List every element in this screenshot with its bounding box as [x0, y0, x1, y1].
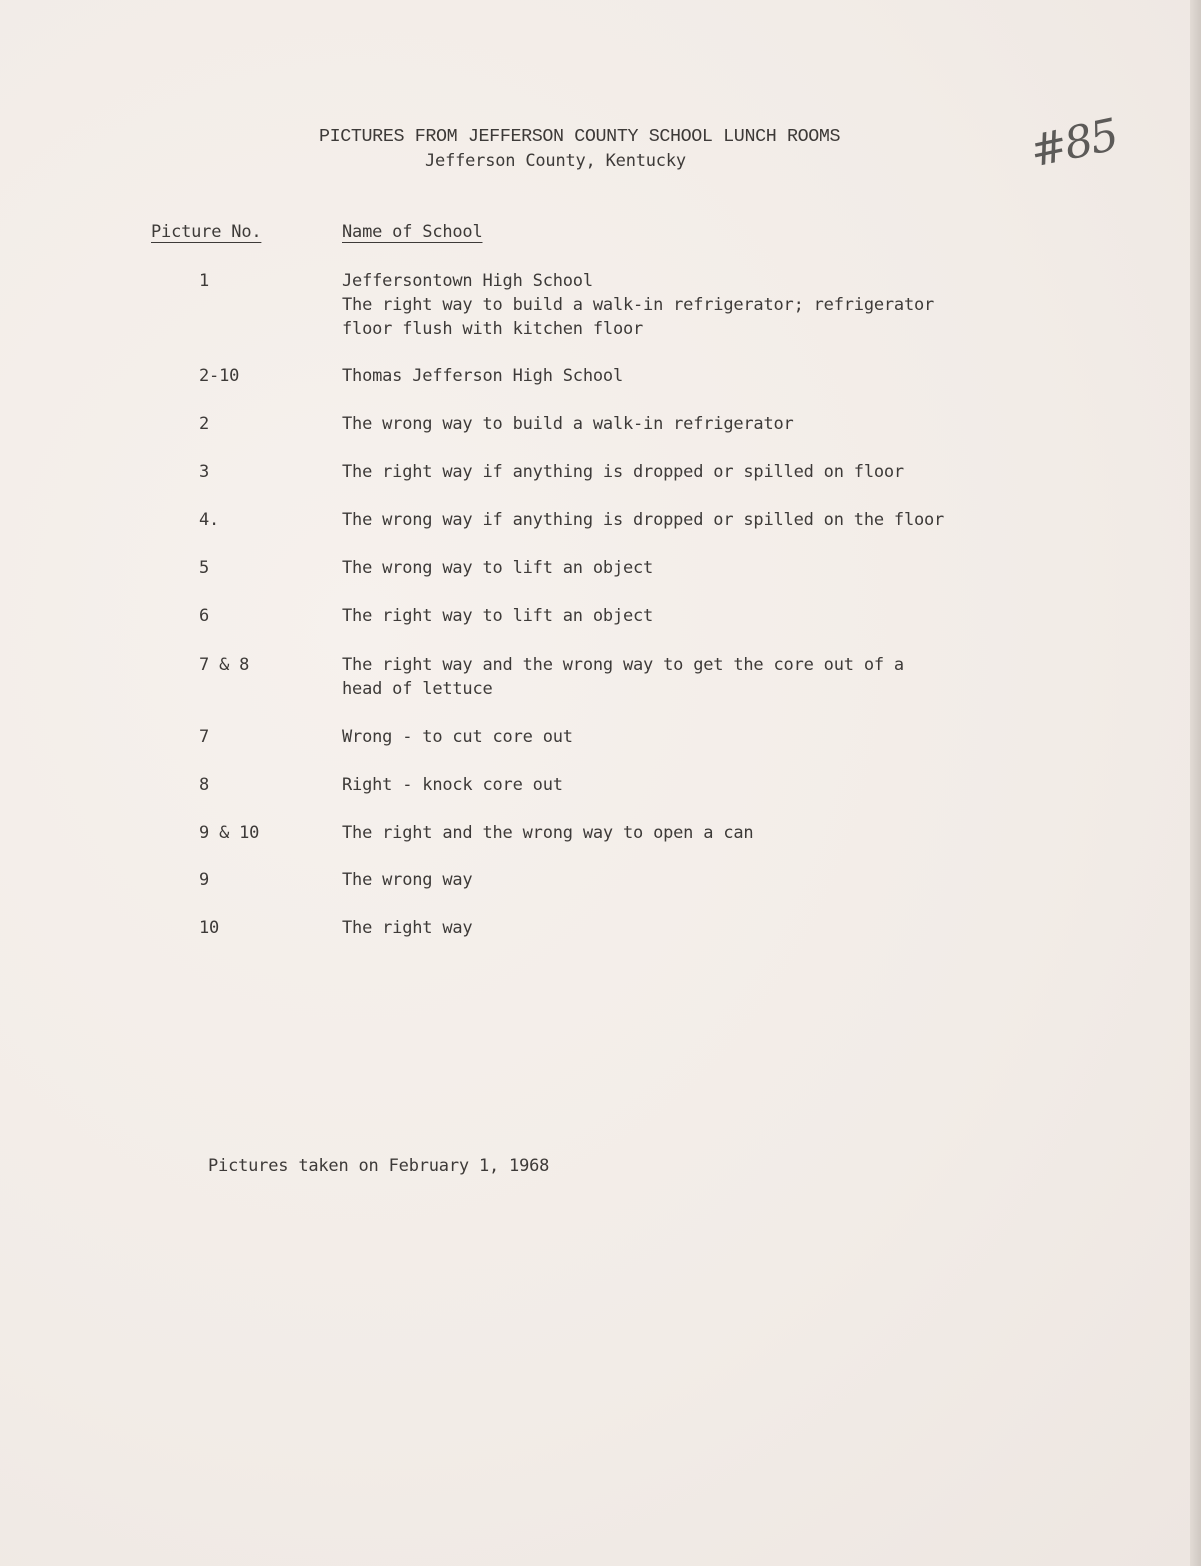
entry-line: The right way and the wrong way to get t…	[342, 653, 1102, 677]
picture-number: 6	[199, 604, 209, 628]
picture-number: 2-10	[199, 364, 239, 388]
entry-description: The right way and the wrong way to get t…	[342, 653, 1102, 701]
entry-line: The right way to build a walk-in refrige…	[342, 293, 1102, 317]
entry-description: Right - knock core out	[342, 773, 1102, 797]
entry-line: The wrong way to build a walk-in refrige…	[342, 412, 1102, 436]
picture-number: 3	[199, 460, 209, 484]
entry-line: The right way if anything is dropped or …	[342, 460, 1102, 484]
entry-description: The wrong way to lift an object	[342, 556, 1102, 580]
entry-description: The right and the wrong way to open a ca…	[342, 821, 1102, 845]
picture-number: 9	[199, 868, 209, 892]
entry-line: The right way to lift an object	[342, 604, 1102, 628]
entry-line: The wrong way if anything is dropped or …	[342, 508, 1102, 532]
entry-line: Jeffersontown High School	[342, 269, 1102, 293]
entry-line: head of lettuce	[342, 677, 1102, 701]
entry-line: The wrong way to lift an object	[342, 556, 1102, 580]
picture-number: 8	[199, 773, 209, 797]
column-header-name-of-school: Name of School	[342, 222, 483, 242]
entry-line: The right way	[342, 916, 1102, 940]
entry-line: Right - knock core out	[342, 773, 1102, 797]
picture-number: 4.	[199, 508, 219, 532]
document-title: PICTURES FROM JEFFERSON COUNTY SCHOOL LU…	[319, 126, 840, 147]
picture-number: 9 & 10	[199, 821, 259, 845]
document-footer: Pictures taken on February 1, 1968	[208, 1156, 549, 1176]
entry-description: The wrong way	[342, 868, 1102, 892]
column-header-picture-no: Picture No.	[151, 222, 261, 242]
picture-number: 7	[199, 725, 209, 749]
entry-description: The wrong way if anything is dropped or …	[342, 508, 1102, 532]
document-subtitle: Jefferson County, Kentucky	[425, 151, 686, 171]
entry-line: The wrong way	[342, 868, 1102, 892]
entry-description: The right way if anything is dropped or …	[342, 460, 1102, 484]
handwritten-annotation: #85	[1026, 110, 1122, 178]
entry-description: The wrong way to build a walk-in refrige…	[342, 412, 1102, 436]
entry-line: floor flush with kitchen floor	[342, 317, 1102, 341]
entry-line: The right and the wrong way to open a ca…	[342, 821, 1102, 845]
picture-number: 10	[199, 916, 219, 940]
document-page: PICTURES FROM JEFFERSON COUNTY SCHOOL LU…	[0, 0, 1190, 1566]
entry-line: Thomas Jefferson High School	[342, 364, 1102, 388]
picture-number: 5	[199, 556, 209, 580]
entry-description: The right way to lift an object	[342, 604, 1102, 628]
entry-line: Wrong - to cut core out	[342, 725, 1102, 749]
entry-description: Wrong - to cut core out	[342, 725, 1102, 749]
picture-number: 7 & 8	[199, 653, 249, 677]
entry-description: Thomas Jefferson High School	[342, 364, 1102, 388]
page-edge	[1190, 0, 1201, 1566]
picture-number: 1	[199, 269, 209, 293]
entry-description: Jeffersontown High School The right way …	[342, 269, 1102, 341]
picture-number: 2	[199, 412, 209, 436]
entry-description: The right way	[342, 916, 1102, 940]
